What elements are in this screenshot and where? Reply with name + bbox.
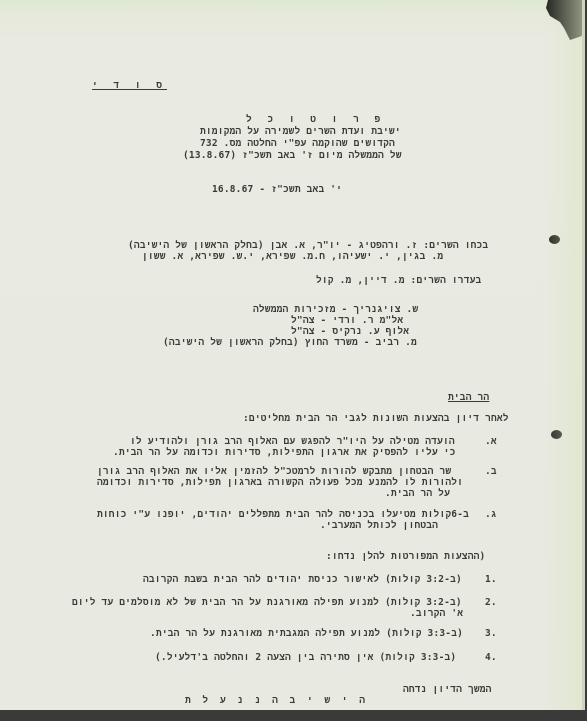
proposal-line: (ב-3:3 קולות) למנוע תפילה המגבתית מאורגנ… [150, 628, 463, 639]
absent-line: בעדרו השרים: מ. דיין, מ. קול [316, 275, 481, 286]
proposal-line: א' הקרוב. [410, 608, 463, 619]
other-attendee: אלוף ע. נרקיס - צה"ל [291, 326, 409, 337]
proposal-label: .2 [485, 597, 497, 608]
other-attendee: אל"מ ר. ורדי - צה"ל [291, 315, 403, 326]
punch-hole [551, 430, 562, 439]
proposal-line: (ב-3:3 קולות) אין סתירה בין הצעה 2 והחלט… [155, 652, 456, 663]
decision-line: על הר הבית. [385, 488, 450, 499]
section-heading: הר הבית [448, 392, 489, 403]
decision-line: כי עליו להפסיק את ארגון התפילות, סדירות … [113, 447, 455, 458]
continuation-note: המשך הדיון נדחה [403, 684, 492, 695]
section-intro: לאחר דיון בהצעות השונות לגבי הר הבית מחל… [243, 413, 509, 424]
document-title: פ ר ו ט ו כ ל [246, 114, 385, 125]
other-attendee: מ. רביב - משרד החוץ (בחלק הראשון של הישי… [163, 337, 417, 348]
decision-label: א. [485, 436, 497, 447]
decision-label: ב. [485, 466, 497, 477]
decision-line: הועדה מטילה על היו"ר להפגש עם האלוף הרב … [130, 436, 455, 447]
subtitle-line: הקדושים שהוקמה עפ"י החלטה מס. 732 [200, 138, 395, 149]
decision-line: ולהורות לו להמנע מכל פעולה הקשורה בארגון… [97, 477, 463, 488]
decision-line: שר הבטחון מתבקש להורות לרמטכ"ל להזמין אל… [97, 466, 451, 477]
other-attendee: ש. צויגנריך - מזכירות הממשלה [253, 304, 418, 315]
punch-hole [549, 235, 560, 244]
meeting-closed: ה י ש י ב ה נ נ ע ל ת [185, 695, 368, 706]
proposal-label: .4 [485, 652, 497, 663]
document-page: ס ו ד י פ ר ו ט ו כ ל ישיבת ועדת השרים ל… [0, 0, 585, 710]
decision-line: הבטחון לכותל המערבי. [320, 520, 438, 531]
present-line: מ. בגין, י. ישעיהו, ח.מ. שפירא, י.ש. שפי… [142, 251, 443, 262]
proposal-line: (ב-3:2 קולות) לאישור כניסת יהודים להר הב… [143, 574, 462, 585]
classification-label: ס ו ד י [92, 80, 167, 91]
proposal-line: (ב-3:2 קולות) למנוע תפילה מאורגנת על הר … [72, 597, 462, 608]
meeting-date: י' באב תשכ"ז - 16.8.67 [212, 184, 342, 195]
decision-line: ב-6קולות מטיעלו בכניסה להר הבית מתפללים … [97, 509, 469, 520]
failed-intro: (ההצעות המפורטות להלן נדחו: [326, 551, 485, 562]
present-line: בכחו השרים: ז. ורהפטיג - יו"ר, א. אבן (ב… [128, 240, 488, 251]
proposal-label: .1 [485, 574, 497, 585]
proposal-label: .3 [485, 628, 497, 639]
subtitle-line: של הממשלה מיום ז' באב תשכ"ז (13.8.67) [183, 150, 402, 161]
ink-blot [542, 0, 582, 40]
subtitle-line: ישיבת ועדת השרים לשמירה על המקומות [200, 126, 401, 137]
decision-label: ג. [485, 509, 497, 520]
